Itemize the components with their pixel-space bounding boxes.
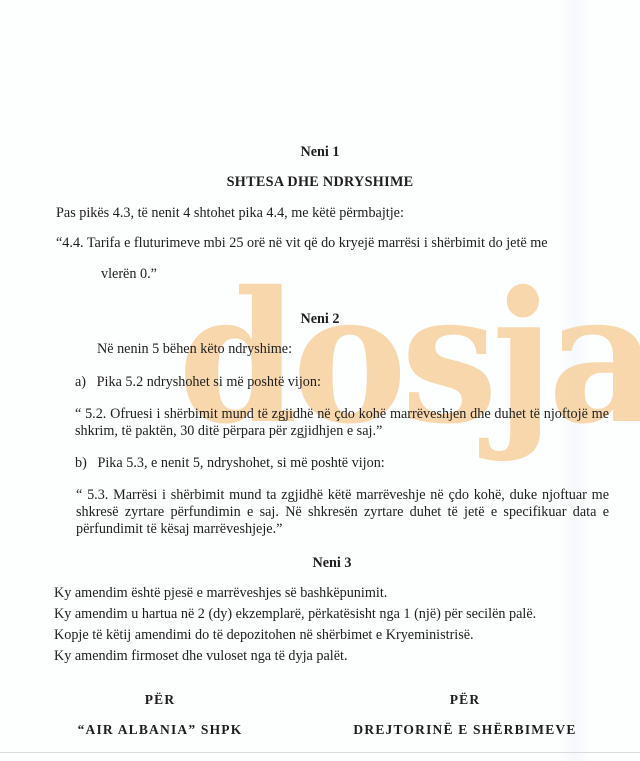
article-2-item-b: b) Pika 5.3, e nenit 5, ndryshohet, si m…	[75, 455, 385, 472]
scan-shade	[560, 0, 590, 761]
article-3-line-4: Ky amendim firmoset dhe vuloset nga të d…	[54, 648, 348, 665]
signature-left-party: “AIR ALBANIA” SHPK	[60, 722, 260, 738]
article-1-subheading: SHTESA DHE NDRYSHIME	[0, 174, 640, 191]
signature-right-for: PËR	[345, 692, 585, 708]
article-1-heading: Neni 1	[0, 144, 640, 161]
article-3-line-3: Kopje të këtij amendimi do të depozitohe…	[54, 627, 474, 644]
article-3-line-1: Ky amendim është pjesë e marrëveshjes së…	[54, 585, 387, 602]
article-2-intro: Në nenin 5 bëhen këto ndryshime:	[97, 341, 292, 358]
article-3-heading: Neni 3	[12, 555, 640, 572]
article-3-line-2: Ky amendim u hartua në 2 (dy) ekzemplarë…	[54, 606, 536, 623]
article-1-intro: Pas pikës 4.3, të nenit 4 shtohet pika 4…	[56, 205, 404, 222]
article-2-quote-a: “ 5.2. Ofruesi i shërbimit mund të zgjid…	[75, 406, 609, 440]
signature-left-for: PËR	[60, 692, 260, 708]
article-2-heading: Neni 2	[0, 311, 640, 328]
article-1-quote-line2: vlerën 0.”	[101, 266, 157, 283]
document-page: dosja Neni 1 SHTESA DHE NDRYSHIME Pas pi…	[0, 0, 640, 761]
page-bottom-edge	[0, 752, 640, 753]
article-2-quote-b: “ 5.3. Marrësi i shërbimit mund ta zgjid…	[76, 487, 609, 538]
signature-right-party: DREJTORINË E SHËRBIMEVE	[345, 722, 585, 738]
article-2-item-a: a) Pika 5.2 ndryshohet si më poshtë vijo…	[75, 374, 321, 391]
article-1-quote-line1: “4.4. Tarifa e fluturimeve mbi 25 orë në…	[56, 235, 548, 252]
